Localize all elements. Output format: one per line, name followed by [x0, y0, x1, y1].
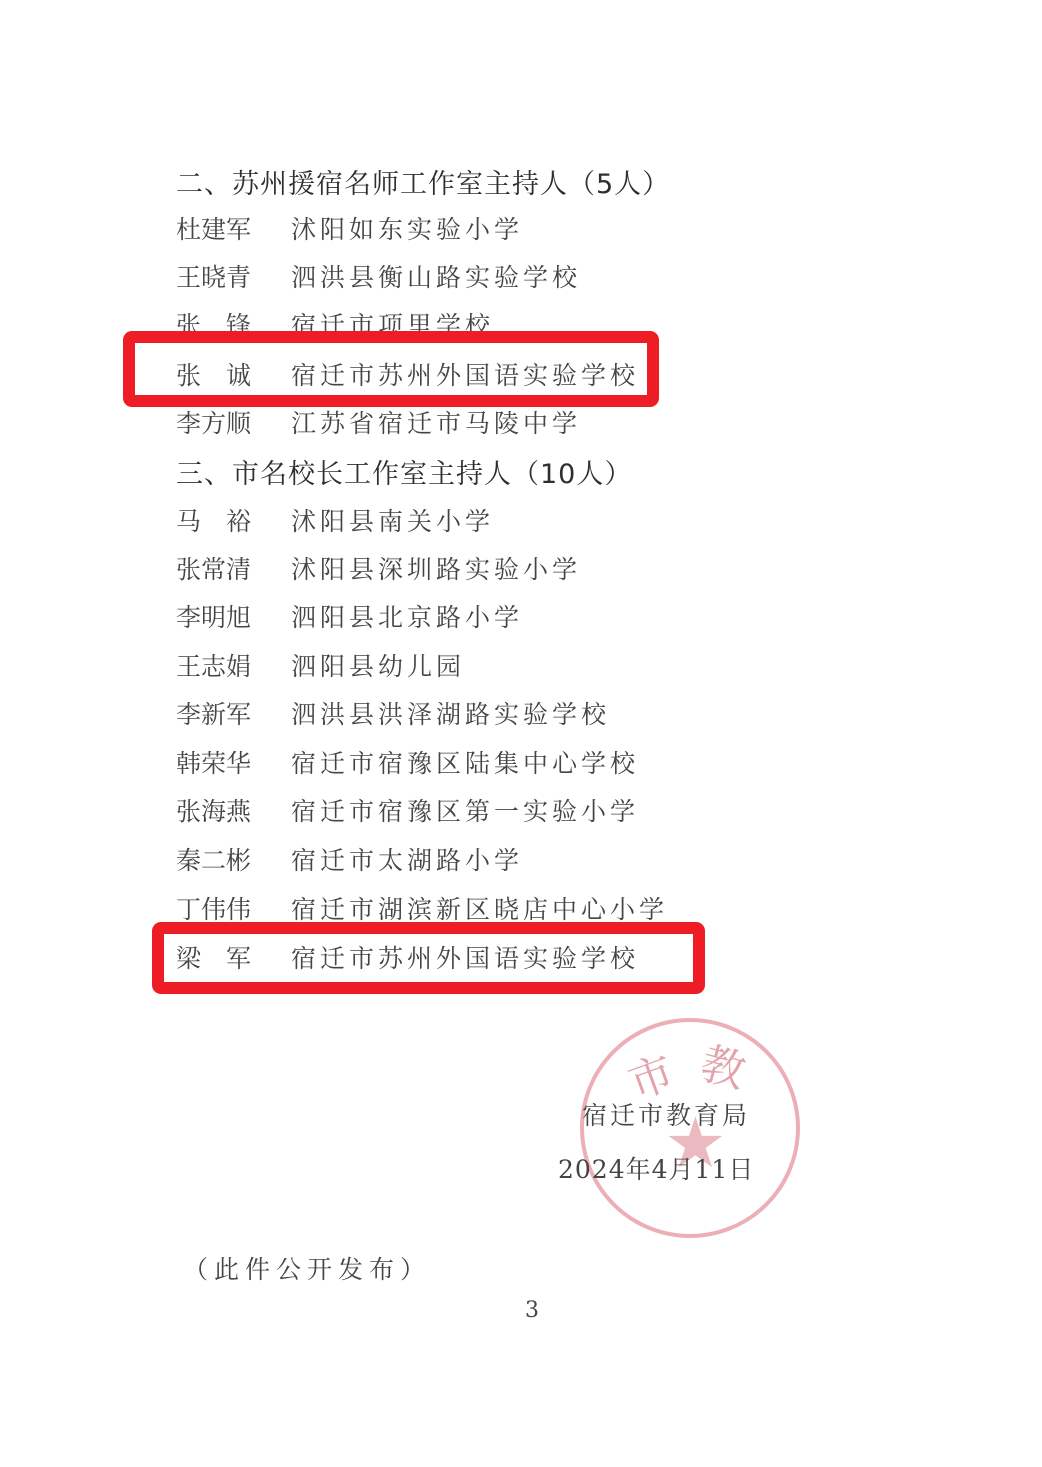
person-name: 马 裕: [176, 502, 268, 538]
person-name: 韩荣华: [176, 744, 268, 780]
person-name: 李新军: [176, 695, 268, 731]
person-name: 秦二彬: [176, 841, 268, 877]
highlight-box-1: [123, 331, 659, 407]
person-name: 李方顺: [176, 404, 268, 440]
section3-title: 三、市名校长工作室主持人（10人）: [176, 452, 632, 491]
school-name: 宿迁市太湖路小学: [291, 841, 523, 877]
person-name: 张海燕: [176, 792, 268, 828]
person-name: 王晓青: [176, 258, 268, 294]
highlight-box-2: [152, 922, 705, 994]
school-name: 泗洪县衡山路实验学校: [291, 258, 581, 294]
school-name: 宿迁市宿豫区第一实验小学: [291, 792, 639, 828]
page-number: 3: [525, 1298, 539, 1323]
person-name: 张常清: [176, 550, 268, 586]
person-name: 李明旭: [176, 598, 268, 634]
issuing-org: 宿迁市教育局: [582, 1096, 750, 1132]
school-name: 沭阳县深圳路实验小学: [291, 550, 581, 586]
school-name: 宿迁市宿豫区陆集中心学校: [291, 744, 639, 780]
school-name: 沭阳如东实验小学: [291, 210, 523, 246]
school-name: 泗洪县洪泽湖路实验学校: [291, 695, 610, 731]
person-name: 杜建军: [176, 210, 268, 246]
school-name: 泗阳县北京路小学: [291, 598, 523, 634]
issue-date: 2024年4月11日: [558, 1150, 754, 1186]
person-name: 王志娟: [176, 647, 268, 683]
school-name: 江苏省宿迁市马陵中学: [291, 404, 581, 440]
seal-char: 教: [694, 1027, 753, 1100]
school-name: 泗阳县幼儿园: [291, 647, 465, 683]
publication-note: （此件公开发布）: [183, 1250, 431, 1286]
section2-title: 二、苏州援宿名师工作室主持人（5人）: [176, 162, 670, 201]
person-name: 丁伟伟: [176, 890, 268, 926]
school-name: 宿迁市湖滨新区晓店中心小学: [291, 890, 668, 926]
school-name: 沭阳县南关小学: [291, 502, 494, 538]
